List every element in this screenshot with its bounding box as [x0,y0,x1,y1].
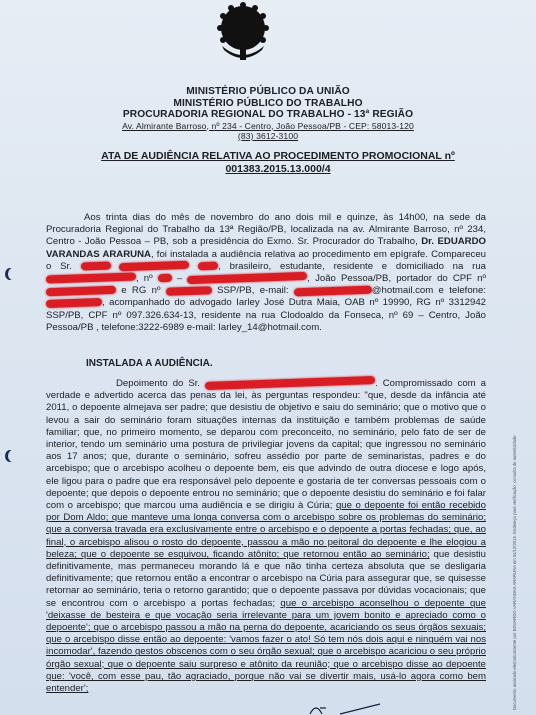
coat-of-arms-emblem [208,2,278,66]
redacted-number [158,274,172,282]
redacted-neighborhood [187,272,307,284]
header-phone: (83) 3612-3100 [0,131,536,142]
binder-hole-mark [8,268,18,280]
document-title: ATA DE AUDIÊNCIA RELATIVA AO PROCEDIMENT… [60,150,496,175]
redacted-phone [46,298,102,308]
section-heading: INSTALADA A AUDIÊNCIA. [86,358,213,369]
redacted-rg [166,286,212,296]
signature-mark [290,700,410,715]
redacted-name-1 [80,262,110,271]
binder-hole-mark [8,450,18,462]
electronic-signature-stamp: Documento assinado eletronicamente por E… [512,10,532,710]
header-line-1: MINISTÉRIO PÚBLICO DA UNIÃO [0,86,536,98]
title-line-1: ATA DE AUDIÊNCIA RELATIVA AO PROCEDIMENT… [60,150,496,163]
redacted-name-3 [198,262,218,271]
redacted-street [46,273,136,284]
header-line-3: PROCURADORIA REGIONAL DO TRABALHO - 13ª … [0,109,536,121]
redacted-deponent-name [205,377,375,391]
header-address: Av. Almirante Barroso, nº 234 - Centro, … [0,121,536,132]
institution-header: MINISTÉRIO PÚBLICO DA UNIÃO MINISTÉRIO P… [0,86,536,142]
testimony-paragraph: Depoimento do Sr. . Compromissado com a … [46,378,486,695]
opening-paragraph: Aos trinta dias do mês de novembro do an… [46,212,486,334]
document-page: MINISTÉRIO PÚBLICO DA UNIÃO MINISTÉRIO P… [0,0,536,715]
header-line-2: MINISTÉRIO PÚBLICO DO TRABALHO [0,98,536,110]
redacted-cpf [46,285,116,295]
underlined-passage-2: que o arcebispo aconselhou o depoente qu… [46,598,486,694]
title-line-2: 001383.2015.13.000/4 [60,163,496,176]
redacted-email [294,285,372,296]
redacted-name-2 [119,261,189,271]
